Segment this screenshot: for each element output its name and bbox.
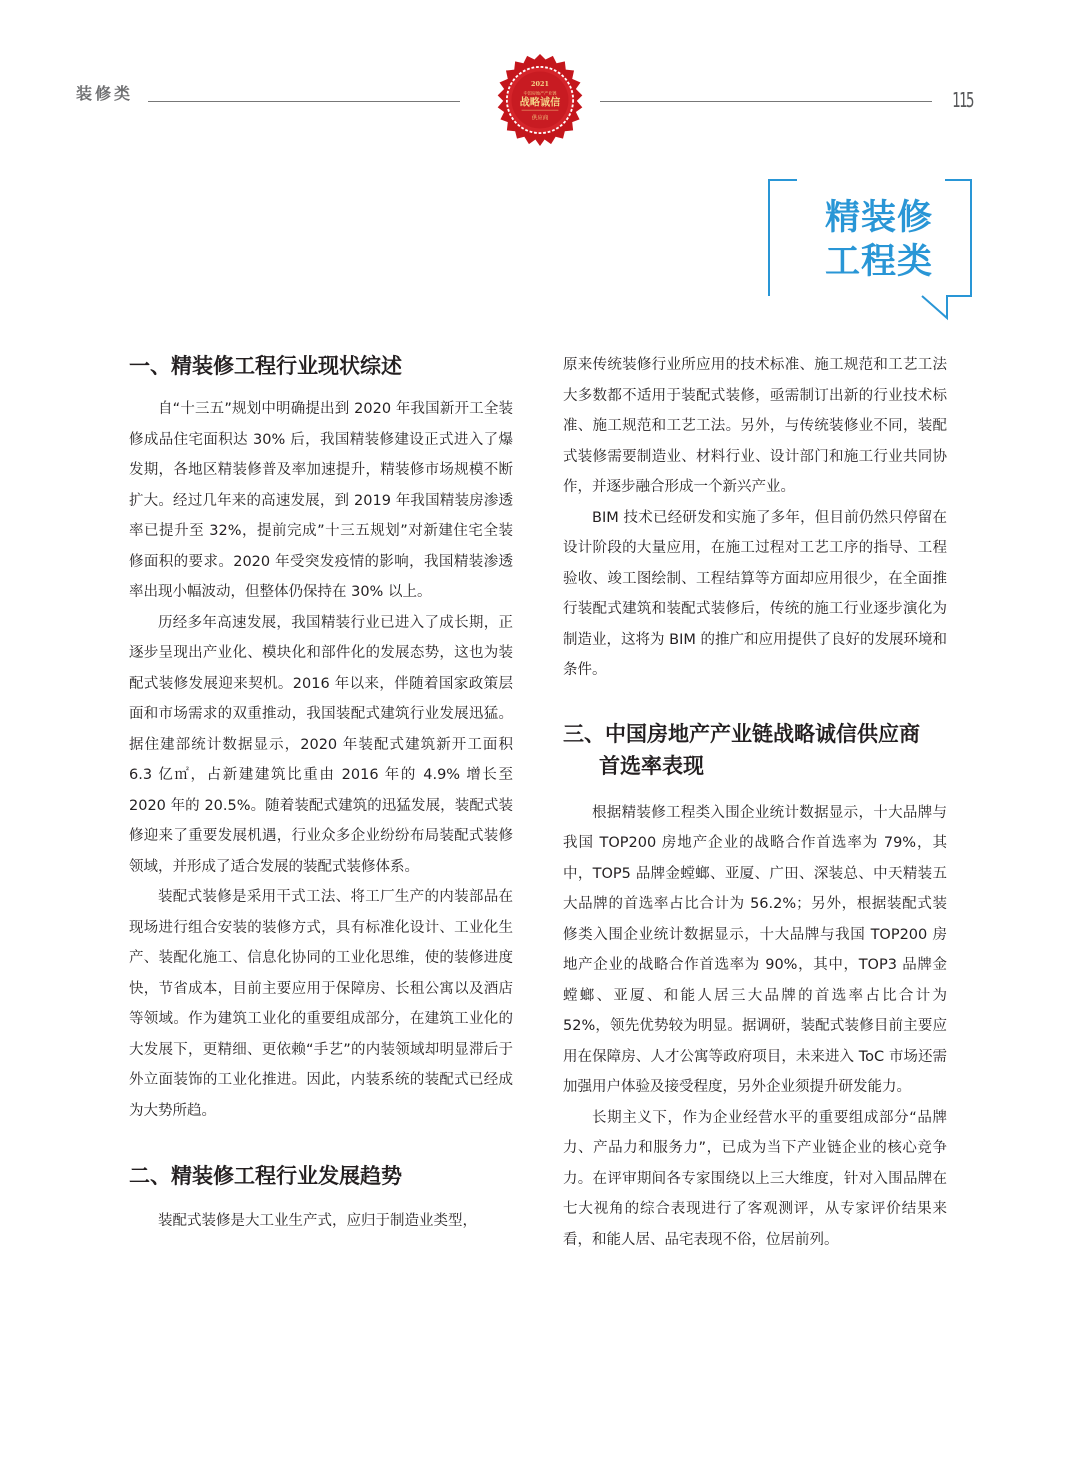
svg-text:2021: 2021 [531, 80, 549, 88]
paragraph: 自“十三五”规划中明确提出到 2020 年我国新开工全装修成品住宅面积达 30%… [129, 394, 513, 608]
section-3-heading-line1: 三、中国房地产产业链战略诚信供应商 [563, 722, 920, 746]
callout-title-line1: 精装修 [819, 196, 939, 240]
svg-text:中国房地产产业链: 中国房地产产业链 [523, 89, 557, 95]
paragraph: 根据精装修工程类入围企业统计数据显示，十大品牌与我国 TOP200 房地产企业的… [563, 798, 947, 1103]
paragraph: 装配式装修是大工业生产式，应归于制造业类型， [129, 1206, 513, 1237]
section-2-heading: 二、精装修工程行业发展趋势 [129, 1160, 513, 1192]
paragraph: BIM 技术已经研发和实施了多年，但目前仍然只停留在设计阶段的大量应用，在施工过… [563, 503, 947, 686]
section-3-heading-line2: 首选率表现 [563, 750, 947, 782]
header-rule-right [600, 101, 932, 102]
left-column: 一、精装修工程行业现状综述 自“十三五”规划中明确提出到 2020 年我国新开工… [129, 350, 513, 1237]
svg-text:供应商: 供应商 [532, 113, 549, 121]
svg-text:战略诚信: 战略诚信 [520, 96, 561, 109]
callout-title: 精装修 工程类 [819, 196, 939, 284]
callout-title-line2: 工程类 [819, 240, 939, 284]
category-callout: 精装修 工程类 [767, 178, 972, 318]
paragraph: 装配式装修是采用干式工法、将工厂生产的内装部品在现场进行组合安装的装修方式，具有… [129, 882, 513, 1126]
right-column: 原来传统装修行业所应用的技术标准、施工规范和工艺工法大多数都不适用于装配式装修，… [563, 350, 947, 1255]
section-1-heading: 一、精装修工程行业现状综述 [129, 350, 513, 382]
page-number: 115 [952, 88, 973, 112]
paragraph: 历经多年高速发展，我国精装行业已进入了成长期，正逐步呈现出产业化、模块化和部件化… [129, 608, 513, 883]
section-3-heading: 三、中国房地产产业链战略诚信供应商 首选率表现 [563, 718, 947, 782]
paragraph: 长期主义下，作为企业经营水平的重要组成部分“品牌力、产品力和服务力”，已成为当下… [563, 1103, 947, 1256]
header-rule-left [148, 101, 460, 102]
strategic-integrity-seal-icon: 2021 中国房地产产业链 战略诚信 供应商 [494, 54, 586, 146]
paragraph: 原来传统装修行业所应用的技术标准、施工规范和工艺工法大多数都不适用于装配式装修，… [563, 350, 947, 503]
running-header-category: 装修类 [76, 81, 133, 104]
